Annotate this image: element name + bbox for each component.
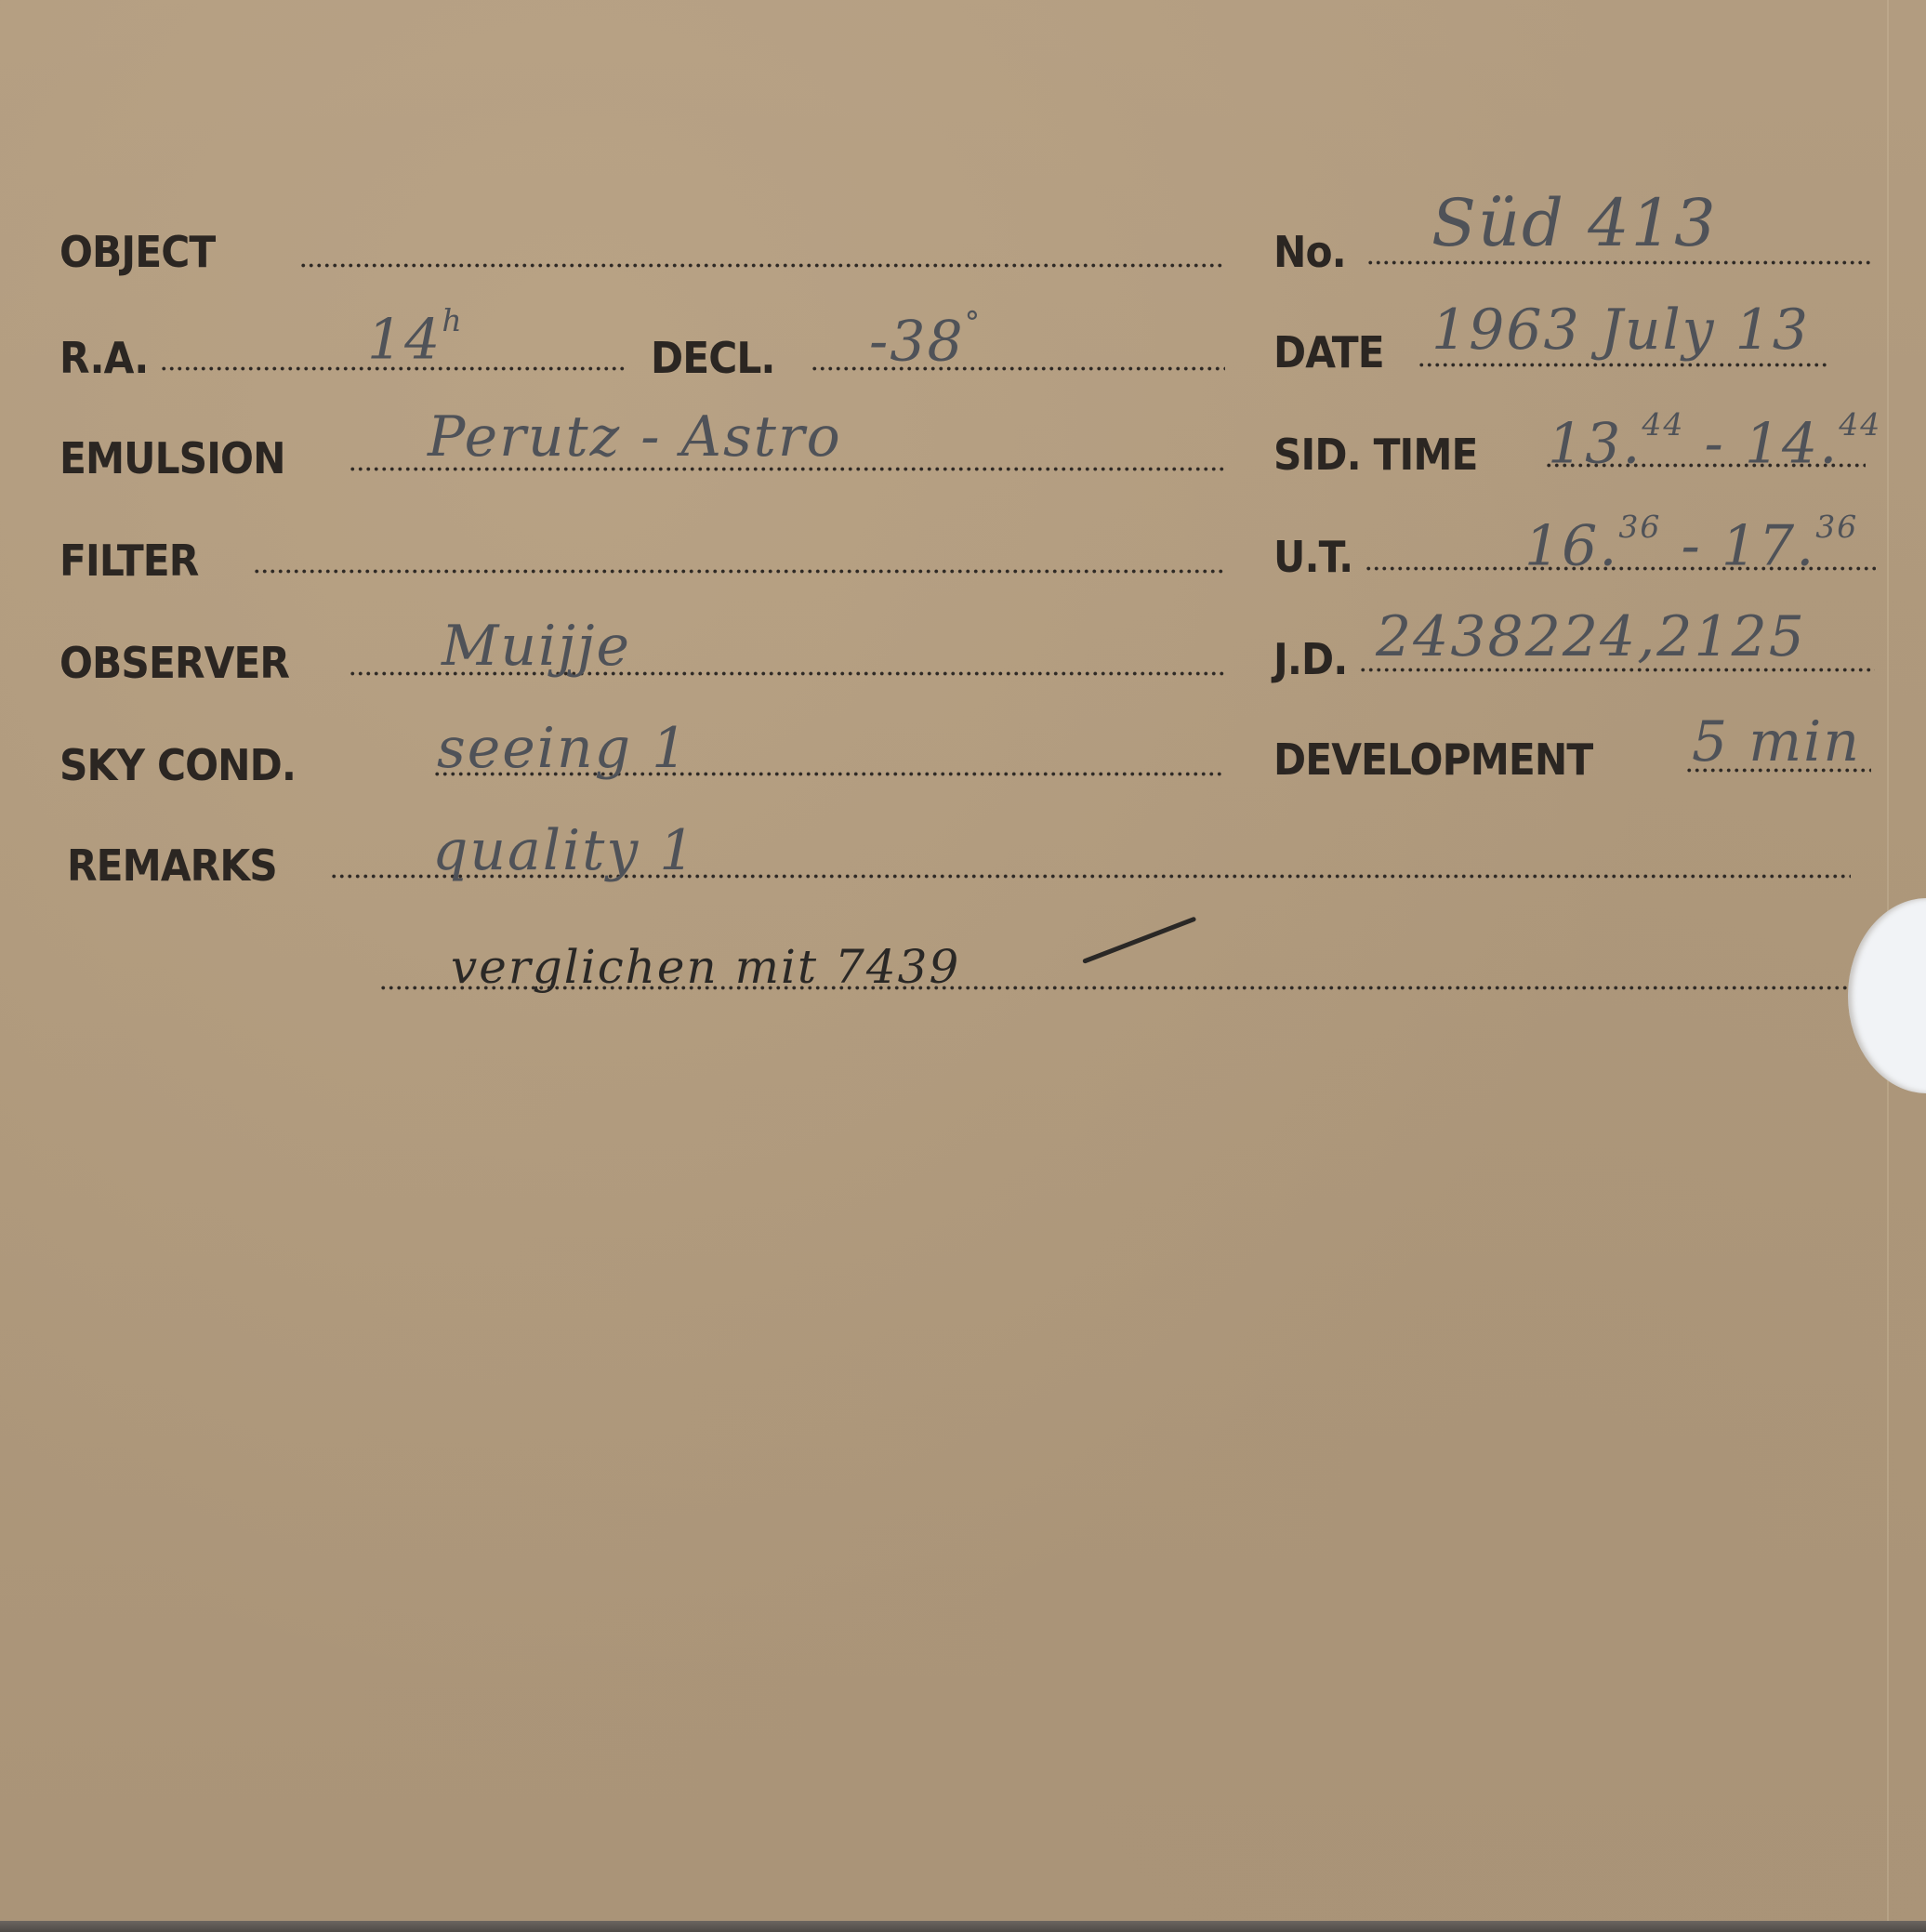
filter-field-line[interactable] [253,569,1225,574]
decl-label: DECL. [651,337,775,379]
sky-cond-label: SKY COND. [59,744,296,787]
ra-label: R.A. [59,337,148,379]
ut-label: U.T. [1273,536,1352,578]
emulsion-value: Perutz - Astro [428,409,842,465]
observer-value: Muijje [442,618,631,674]
no-label: No. [1273,231,1346,273]
envelope-bottom-edge [0,1921,1926,1932]
object-label: OBJECT [59,231,215,273]
remarks-label: REMARKS [67,844,277,887]
emulsion-label: EMULSION [59,437,285,480]
remarks-value-line-2: verglichen mit 7439 [451,944,960,990]
plate-envelope [0,0,1926,1921]
remarks-value: quality 1 [432,823,696,879]
date-field-line[interactable] [1418,363,1827,367]
jd-value: 2438224,2125 [1376,609,1806,665]
development-value: 5 min [1692,714,1861,770]
ra-value: 14h [367,305,464,368]
sid-time-label: SID. TIME [1273,433,1478,476]
sky-cond-value: seeing 1 [437,721,689,776]
object-field-line[interactable] [299,263,1225,268]
jd-label: J.D. [1273,638,1347,681]
date-value: 1963 July 13 [1431,302,1810,358]
decl-value: -38° [869,307,982,370]
development-label: DEVELOPMENT [1273,738,1592,781]
sid-time-value: 13.44 - 14.44 [1548,409,1881,472]
ut-value: 16.36 - 17.36 [1524,511,1858,575]
observer-label: OBSERVER [59,642,289,684]
no-value: Süd 413 [1431,191,1718,256]
filter-label: FILTER [59,539,198,582]
date-label: DATE [1273,331,1384,374]
